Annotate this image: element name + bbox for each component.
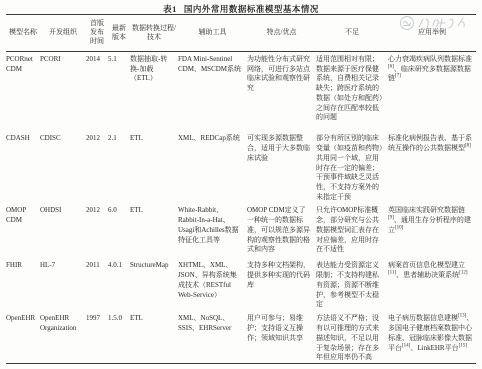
cell-examples: 英国临床实践研究数据链[9]、通用生存分析程序的建立[10] xyxy=(388,203,476,258)
col-header-org: 开发组织 xyxy=(40,15,86,52)
cell-features: 为功能性分布式研究网络，可进行多站点临床试验和观察性研究 xyxy=(247,51,316,131)
table-caption: 国内外常用数据标准模型基本情况 xyxy=(184,4,319,14)
col-header-tools: 辅助工具 xyxy=(178,15,247,52)
cell-org: HL-7 xyxy=(40,258,86,311)
table-row: OMOP CDM OHDSI 2012 6.0 ETL White-Rabbit… xyxy=(6,203,476,258)
cell-limitations: 方法语义不严格；没有以可推理的方式来描述知识，不足以用于复杂场景；存在多年但应用… xyxy=(316,311,388,363)
cell-latest-version: 6.0 xyxy=(108,203,130,258)
cell-features: 用户可参与；易维护；支持语义互操作；领域知识共享 xyxy=(247,311,316,363)
cell-conversion: ETL xyxy=(130,311,178,363)
cell-model: CDASH xyxy=(6,131,40,203)
cell-org: CDISC xyxy=(40,131,86,203)
cell-org: OpenEHR Organization xyxy=(40,311,86,363)
cell-org: PCORI xyxy=(40,51,86,131)
data-standard-models-table: 模型名称 开发组织 首版发布时间 最新版本 数据转换过程/技术 辅助工具 特点/… xyxy=(6,14,476,364)
col-header-first-release: 首版发布时间 xyxy=(86,15,108,52)
cell-first-release: 2012 xyxy=(86,131,108,203)
cell-conversion: ETL xyxy=(130,203,178,258)
cell-tools: XML、REDCap系统 xyxy=(178,131,247,203)
cell-features: OMOP CDM定义了一种统一的数据标准，可以规范多源异构的观察性数据的格式和内… xyxy=(247,203,316,258)
cell-examples: 病案首页信息化模型建立[11]、患者辅助决策系统[12] xyxy=(388,258,476,311)
cell-latest-version: 5.1 xyxy=(108,51,130,131)
cell-conversion: StructureMap xyxy=(130,258,178,311)
cell-first-release: 2011 xyxy=(86,258,108,311)
cell-latest-version: 1.5.0 xyxy=(108,311,130,363)
cell-examples: 心力衰竭疾病队列数据标准[6]、临床研究多数据源数据链[7] xyxy=(388,51,476,131)
cell-limitations: 部分有所区别的临床变量（如疫苗和药物）共用同一个域，应用时存在一定的偏差；干预事… xyxy=(316,131,388,203)
cell-conversion: 数据抽取-转换-加载（ETL） xyxy=(130,51,178,131)
cell-tools: XHTML、XML、JSON、异构系统集成技术（RESTful Web-Serv… xyxy=(178,258,247,311)
cell-latest-version: 2.1 xyxy=(108,131,130,203)
cell-tools: XML、NoSQL、SSIS、EHRServer xyxy=(178,311,247,363)
cell-examples: 标准化病例报告表、基于系统互操作的公共数据模型[8] xyxy=(388,131,476,203)
cell-model: OpenEHR xyxy=(6,311,40,363)
col-header-conversion: 数据转换过程/技术 xyxy=(130,15,178,52)
col-header-examples: 应用举例 xyxy=(388,15,476,52)
cell-first-release: 1997 xyxy=(86,311,108,363)
cell-limitations: 只允许OMOP标准概念，部分研究与公共数据模型词汇表存在对应偏差，应用时存在不适… xyxy=(316,203,388,258)
paper-table-page: 表1国内外常用数据标准模型基本情况 模型名称 开发组织 首版发布时间 最新版本 … xyxy=(0,0,482,369)
table-title: 表1国内外常用数据标准模型基本情况 xyxy=(0,0,482,15)
cell-org: OHDSI xyxy=(40,203,86,258)
table-row: OpenEHR OpenEHR Organization 1997 1.5.0 … xyxy=(6,311,476,363)
cell-tools: FDA Mini-Sentinel CDM、MSCDM系统 xyxy=(178,51,247,131)
col-header-limitations: 不足 xyxy=(316,15,388,52)
cell-model: PCORnet CDM xyxy=(6,51,40,131)
cell-tools: White-Rabbit、Rabbit-In-a-Hat、Usagi和Achil… xyxy=(178,203,247,258)
cell-model: OMOP CDM xyxy=(6,203,40,258)
cell-first-release: 2012 xyxy=(86,203,108,258)
table-number: 表1 xyxy=(163,4,177,14)
col-header-model: 模型名称 xyxy=(6,15,40,52)
cell-features: 可实现多源数据整合，适用于大多数临床试验 xyxy=(247,131,316,203)
col-header-latest-version: 最新版本 xyxy=(108,15,130,52)
cell-latest-version: 4.0.1 xyxy=(108,258,130,311)
cell-limitations: 表达能力受资源定义限制；不支持构建私有资源；资源不断维护，参考模型不太稳定 xyxy=(316,258,388,311)
cell-features: 支持多种文档架构，提供多种实现的代码库 xyxy=(247,258,316,311)
table-row: PCORnet CDM PCORI 2014 5.1 数据抽取-转换-加载（ET… xyxy=(6,51,476,131)
cell-examples: 电子病历数据信息建模[13]、多国电子健康档案数据中心标准、冠脉临床影像大数据平… xyxy=(388,311,476,363)
header-row: 模型名称 开发组织 首版发布时间 最新版本 数据转换过程/技术 辅助工具 特点/… xyxy=(6,15,476,52)
cell-conversion: ETL xyxy=(130,131,178,203)
table-row: FHIR HL-7 2011 4.0.1 StructureMap XHTML、… xyxy=(6,258,476,311)
cell-first-release: 2014 xyxy=(86,51,108,131)
cell-limitations: 适用范围相对有限；数据来源于医疗保健系统，自费相关记录缺失；跨医疗系统的数据（如… xyxy=(316,51,388,131)
col-header-features: 特点/优点 xyxy=(247,15,316,52)
table-row: CDASH CDISC 2012 2.1 ETL XML、REDCap系统 可实… xyxy=(6,131,476,203)
cell-model: FHIR xyxy=(6,258,40,311)
